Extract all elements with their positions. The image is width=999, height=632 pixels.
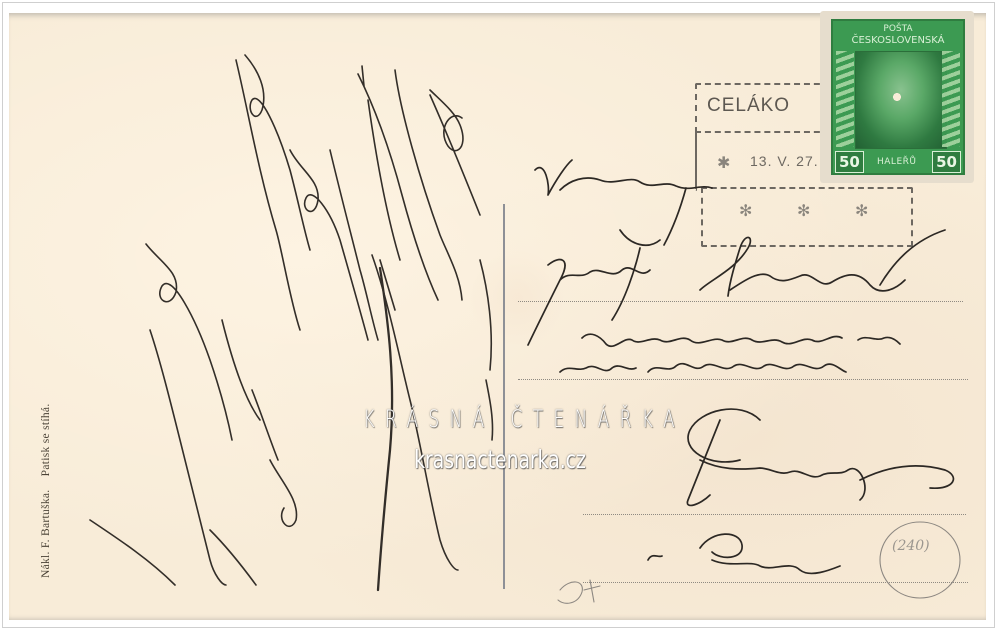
star-icon: ✻ <box>797 201 810 221</box>
laurel-icon <box>836 51 854 147</box>
star-icon: ✻ <box>739 201 752 221</box>
laurel-icon <box>942 51 960 147</box>
copyright-notice: Patisk se stíhá. <box>40 403 52 476</box>
stamp-face: POŠTA ČESKOSLOVENSKÁ 50 HALEŘŮ 50 <box>831 19 965 175</box>
publisher-imprint: Nákl. F. Bartuška. Patisk se stíhá. <box>40 403 52 578</box>
publisher-name: Nákl. F. Bartuška. <box>40 490 52 578</box>
portrait-icon <box>855 51 947 149</box>
star-icon: ✱ <box>717 153 730 173</box>
stamp-currency: HALEŘŮ <box>877 157 916 167</box>
address-line-1 <box>518 301 963 302</box>
pencil-note-reference: (240) <box>892 538 930 554</box>
postmark-town: CELÁKO <box>707 95 790 117</box>
message-address-divider <box>503 204 505 589</box>
stamp-country: POŠTA ČESKOSLOVENSKÁ <box>833 24 963 46</box>
address-line-2 <box>518 379 968 380</box>
stamp-value-right: 50 <box>932 151 961 173</box>
address-line-4 <box>583 582 968 583</box>
address-line-3 <box>583 514 966 515</box>
postmark-frame-side <box>695 127 697 191</box>
postage-stamp: POŠTA ČESKOSLOVENSKÁ 50 HALEŘŮ 50 <box>820 11 974 183</box>
stamp-value-left: 50 <box>835 151 864 173</box>
postmark-date: 13. V. 27. <box>750 153 819 169</box>
star-icon: ✻ <box>855 201 868 221</box>
